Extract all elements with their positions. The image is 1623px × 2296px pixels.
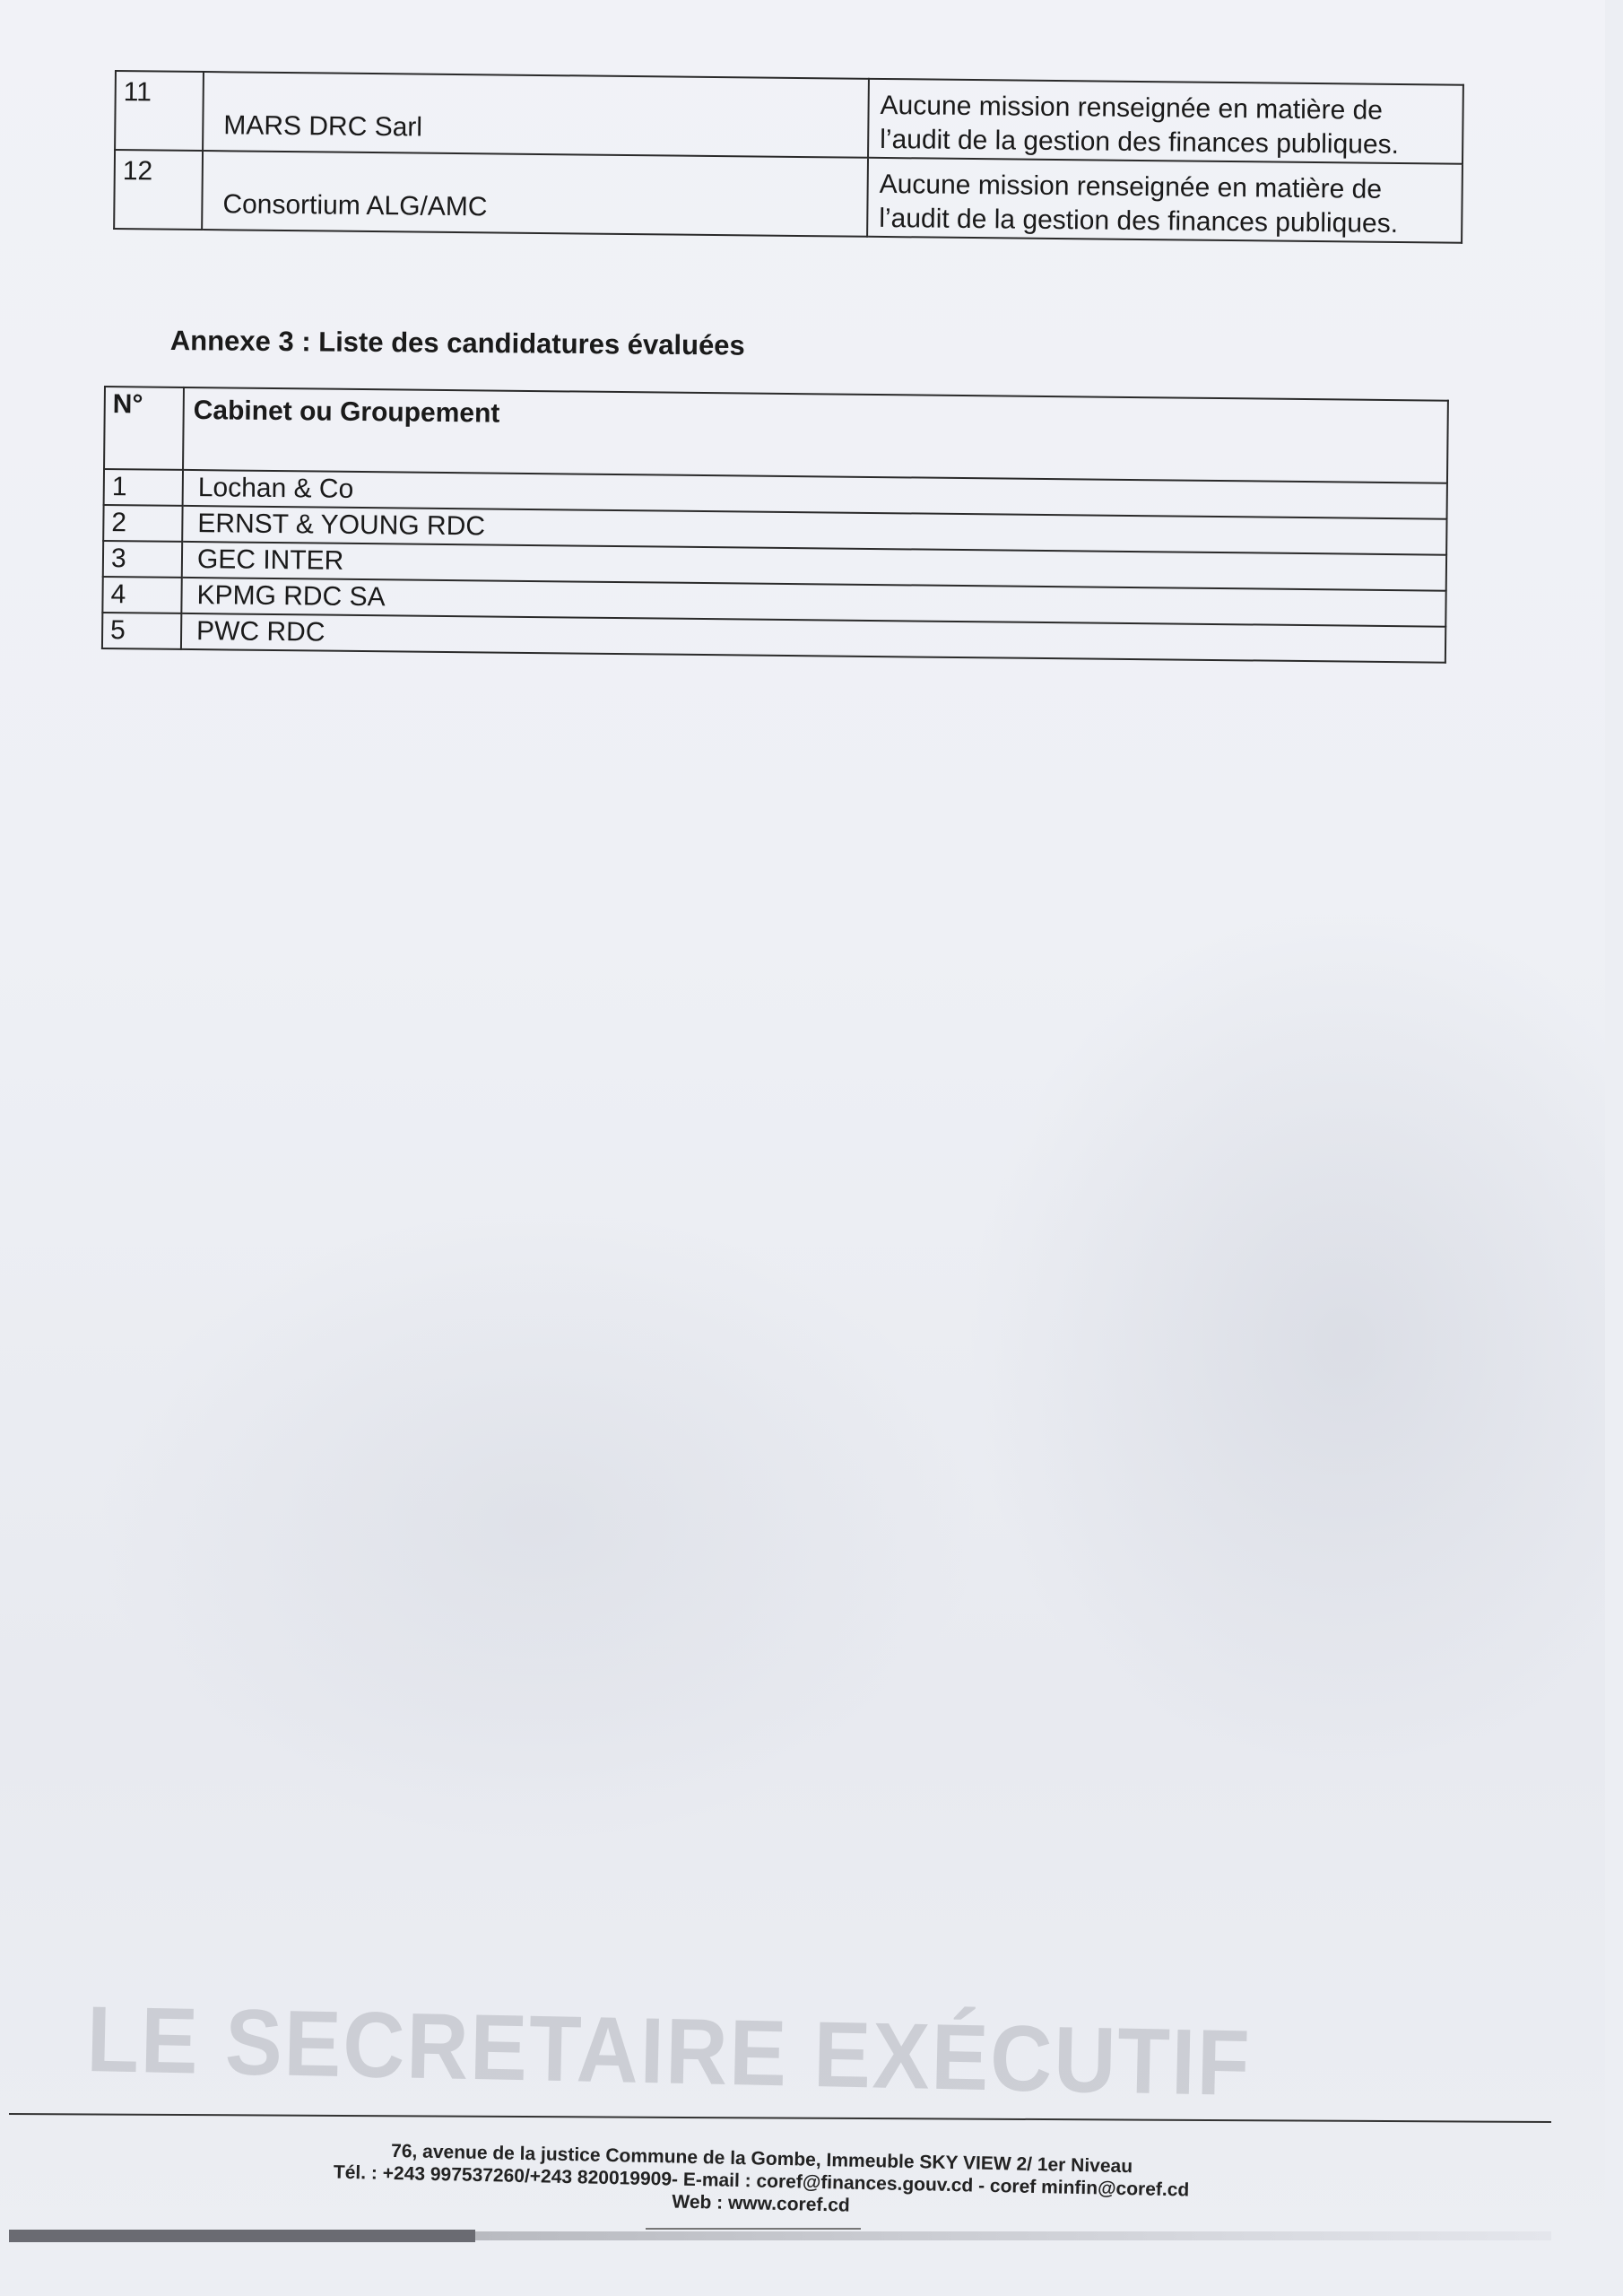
annex3-candidates-table: N° Cabinet ou Groupement 1 Lochan & Co 2… (101, 386, 1449, 664)
footer-underline (646, 2228, 861, 2230)
footer-color-bar (9, 2230, 475, 2242)
row-number: 12 (114, 150, 203, 230)
footer-divider (9, 2113, 1551, 2123)
header-firm: Cabinet ou Groupement (183, 387, 1448, 483)
observation: Aucune mission renseignée en matière de … (868, 79, 1463, 164)
annex2-table-continued: 11 MARS DRC Sarl Aucune mission renseign… (113, 70, 1464, 244)
row-number: 4 (102, 577, 181, 613)
row-number: 5 (102, 613, 181, 649)
table-row: 11 MARS DRC Sarl Aucune mission renseign… (115, 71, 1463, 164)
annex3-heading: Annexe 3 : Liste des candidatures évalué… (170, 325, 745, 362)
row-number: 3 (103, 541, 182, 578)
row-number: 11 (115, 71, 204, 151)
firm-name: Consortium ALG/AMC (202, 151, 868, 237)
document-page: 11 MARS DRC Sarl Aucune mission renseign… (0, 0, 1605, 2278)
footer-gradient-bar (475, 2231, 1551, 2240)
table-row: 12 Consortium ALG/AMC Aucune mission ren… (114, 150, 1462, 243)
firm-name: MARS DRC Sarl (203, 72, 869, 158)
header-number: N° (104, 387, 184, 470)
observation: Aucune mission renseignée en matière de … (867, 158, 1462, 243)
table-header-row: N° Cabinet ou Groupement (104, 387, 1448, 483)
footer: 76, avenue de la justice Commune de la G… (222, 2136, 1299, 2226)
row-number: 2 (103, 505, 182, 542)
row-number: 1 (104, 469, 183, 506)
bleed-through-watermark: LE SECRETAIRE EXÉCUTIF (86, 1987, 1253, 2118)
